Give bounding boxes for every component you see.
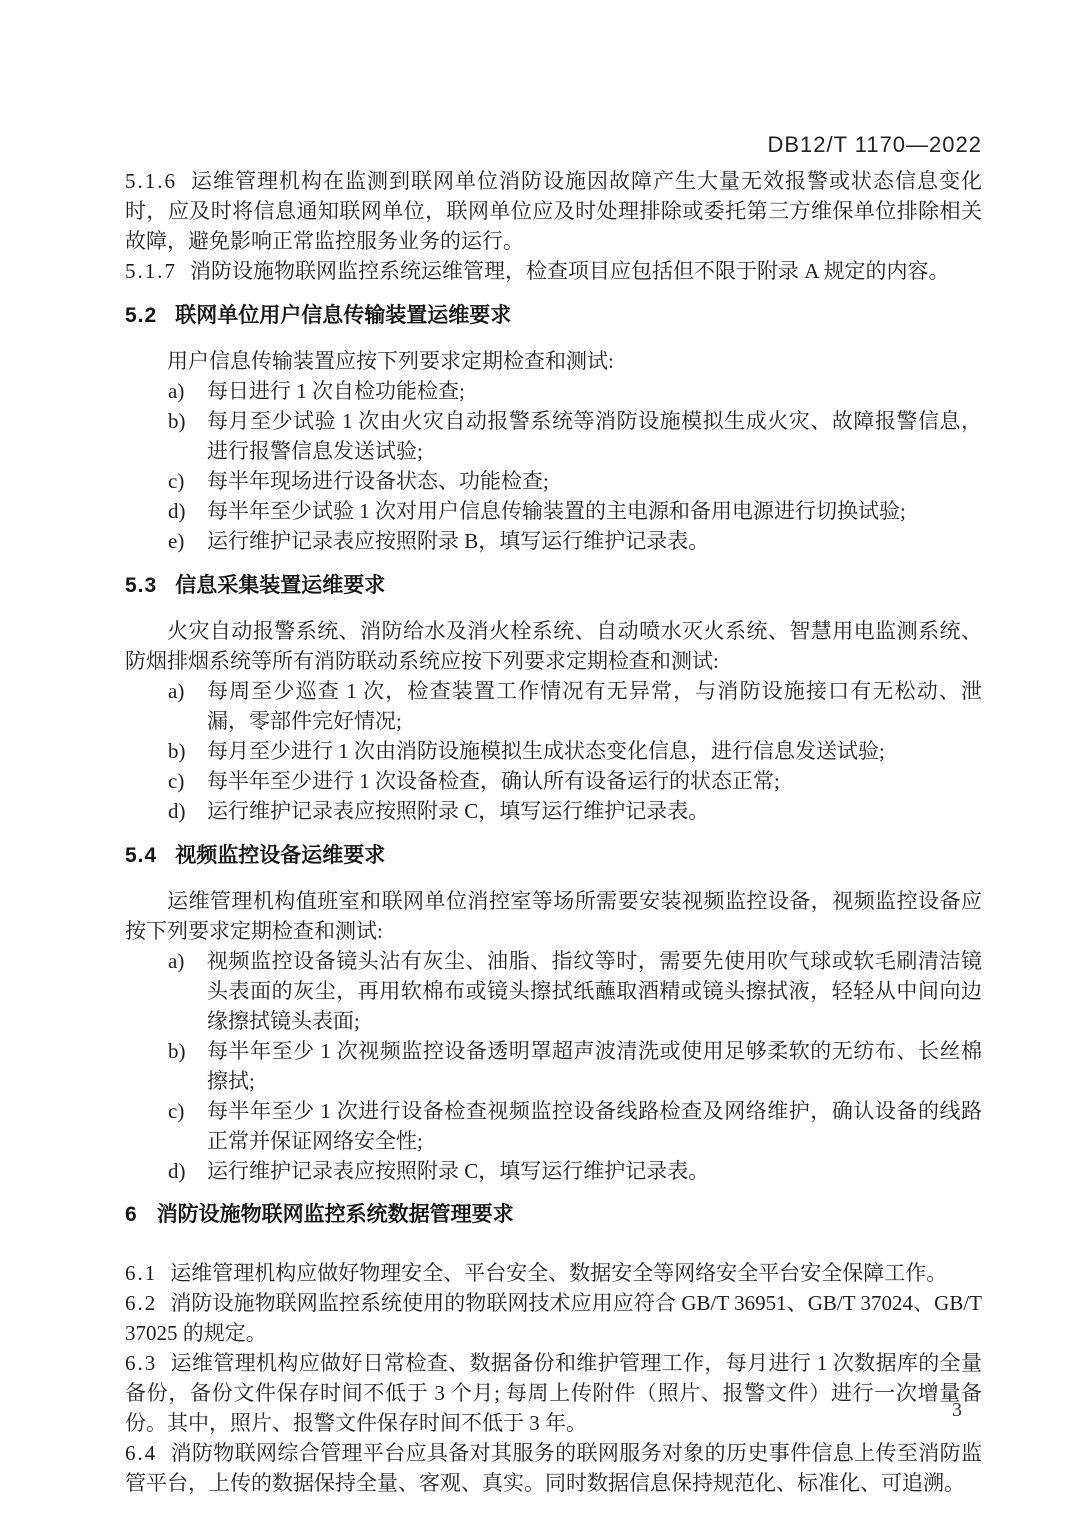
list-item: b)每月至少进行 1 次由消防设施模拟生成状态变化信息，进行信息发送试验;: [168, 736, 982, 766]
clause-text: 运维管理机构应做好日常检查、数据备份和维护管理工作，每月进行 1 次数据库的全量…: [125, 1351, 982, 1435]
section-number: 5.3: [125, 574, 157, 597]
section-intro: 运维管理机构值班室和联网单位消控室等场所需要安装视频监控设备，视频监控设备应按下…: [125, 886, 982, 946]
clause-6-3: 6.3运维管理机构应做好日常检查、数据备份和维护管理工作，每月进行 1 次数据库…: [125, 1348, 982, 1438]
clause-5-1-6: 5.1.6运维管理机构在监测到联网单位消防设施因故障产生大量无效报警或状态信息变…: [125, 166, 982, 256]
item-label: a): [168, 676, 207, 736]
lettered-list: a)视频监控设备镜头沾有灰尘、油脂、指纹等时，需要先使用吹气球或软毛刷清洁镜头表…: [125, 946, 982, 1186]
item-text: 每日进行 1 次自检功能检查;: [207, 376, 982, 406]
item-label: d): [168, 496, 207, 526]
clause-6-1: 6.1运维管理机构应做好物理安全、平台安全、数据安全等网络安全平台安全保障工作。: [125, 1258, 982, 1288]
item-text: 视频监控设备镜头沾有灰尘、油脂、指纹等时，需要先使用吹气球或软毛刷清洁镜头表面的…: [207, 946, 982, 1036]
clause-6-2: 6.2消防设施物联网监控系统使用的物联网技术应用应符合 GB/T 36951、G…: [125, 1288, 982, 1348]
clause-6-4: 6.4消防物联网综合管理平台应具备对其服务的联网服务对象的历史事件信息上传至消防…: [125, 1438, 982, 1498]
clause-text: 运维管理机构应做好物理安全、平台安全、数据安全等网络安全平台安全保障工作。: [170, 1261, 947, 1285]
item-label: b): [168, 1036, 207, 1096]
standard-code: DB12/T 1170—2022: [767, 132, 982, 157]
clause-number: 6.2: [125, 1291, 157, 1315]
clause-text: 消防设施物联网监控系统运维管理，检查项目应包括但不限于附录 A 规定的内容。: [190, 259, 950, 283]
list-item: e)运行维护记录表应按照附录 B，填写运行维护记录表。: [168, 526, 982, 556]
list-item: d)运行维护记录表应按照附录 C，填写运行维护记录表。: [168, 796, 982, 826]
clause-number: 6.3: [125, 1351, 157, 1375]
section-intro: 用户信息传输装置应按下列要求定期检查和测试:: [125, 346, 982, 376]
clause-number: 6.1: [125, 1261, 157, 1285]
item-text: 运行维护记录表应按照附录 B，填写运行维护记录表。: [207, 526, 982, 556]
item-label: e): [168, 526, 207, 556]
item-text: 运行维护记录表应按照附录 C，填写运行维护记录表。: [207, 1156, 982, 1186]
clause-text: 消防设施物联网监控系统使用的物联网技术应用应符合 GB/T 36951、GB/T…: [125, 1291, 982, 1345]
section-heading-5-4: 5.4视频监控设备运维要求: [125, 841, 982, 871]
clause-5-1-7: 5.1.7消防设施物联网监控系统运维管理，检查项目应包括但不限于附录 A 规定的…: [125, 256, 982, 286]
item-text: 每月至少进行 1 次由消防设施模拟生成状态变化信息，进行信息发送试验;: [207, 736, 982, 766]
section-number: 5.2: [125, 304, 157, 327]
list-item: c)每半年现场进行设备状态、功能检查;: [168, 466, 982, 496]
document-page: DB12/T 1170—2022 5.1.6运维管理机构在监测到联网单位消防设施…: [0, 0, 1080, 1528]
section-intro: 火灾自动报警系统、消防给水及消火栓系统、自动喷水灭火系统、智慧用电监测系统、防烟…: [125, 616, 982, 676]
clause-number: 5.1.6: [125, 169, 177, 193]
list-item: a)每日进行 1 次自检功能检查;: [168, 376, 982, 406]
list-item: a)视频监控设备镜头沾有灰尘、油脂、指纹等时，需要先使用吹气球或软毛刷清洁镜头表…: [168, 946, 982, 1036]
item-label: b): [168, 736, 207, 766]
item-label: a): [168, 946, 207, 1036]
item-text: 每周至少巡查 1 次，检查装置工作情况有无异常，与消防设施接口有无松动、泄漏，零…: [207, 676, 982, 736]
chapter-title: 消防设施物联网监控系统数据管理要求: [157, 1203, 514, 1226]
item-text: 每半年至少 1 次进行设备检查视频监控设备线路检查及网络维护，确认设备的线路正常…: [207, 1096, 982, 1156]
list-item: a)每周至少巡查 1 次，检查装置工作情况有无异常，与消防设施接口有无松动、泄漏…: [168, 676, 982, 736]
lettered-list: a)每日进行 1 次自检功能检查; b)每月至少试验 1 次由火灾自动报警系统等…: [125, 376, 982, 556]
list-item: b)每半年至少 1 次视频监控设备透明罩超声波清洗或使用足够柔软的无纺布、长丝棉…: [168, 1036, 982, 1096]
list-item: d)每半年至少试验 1 次对用户信息传输装置的主电源和备用电源进行切换试验;: [168, 496, 982, 526]
section-title: 信息采集装置运维要求: [175, 574, 385, 597]
list-item: c)每半年至少 1 次进行设备检查视频监控设备线路检查及网络维护，确认设备的线路…: [168, 1096, 982, 1156]
clause-text: 运维管理机构在监测到联网单位消防设施因故障产生大量无效报警或状态信息变化时，应及…: [125, 169, 982, 253]
clause-number: 5.1.7: [125, 259, 177, 283]
item-label: c): [168, 1096, 207, 1156]
section-heading-5-3: 5.3信息采集装置运维要求: [125, 571, 982, 601]
item-text: 每月至少试验 1 次由火灾自动报警系统等消防设施模拟生成火灾、故障报警信息，进行…: [207, 406, 982, 466]
page-number: 3: [952, 1398, 962, 1422]
item-text: 每半年至少试验 1 次对用户信息传输装置的主电源和备用电源进行切换试验;: [207, 496, 982, 526]
section-title: 视频监控设备运维要求: [175, 844, 385, 867]
chapter-heading-6: 6消防设施物联网监控系统数据管理要求: [125, 1200, 982, 1230]
clause-text: 消防物联网综合管理平台应具备对其服务的联网服务对象的历史事件信息上传至消防监管平…: [125, 1441, 982, 1495]
item-label: b): [168, 406, 207, 466]
item-label: c): [168, 466, 207, 496]
item-text: 每半年至少 1 次视频监控设备透明罩超声波清洗或使用足够柔软的无纺布、长丝棉擦拭…: [207, 1036, 982, 1096]
item-text: 每半年现场进行设备状态、功能检查;: [207, 466, 982, 496]
section-title: 联网单位用户信息传输装置运维要求: [175, 304, 511, 327]
chapter-number: 6: [125, 1203, 137, 1226]
list-item: d)运行维护记录表应按照附录 C，填写运行维护记录表。: [168, 1156, 982, 1186]
item-text: 运行维护记录表应按照附录 C，填写运行维护记录表。: [207, 796, 982, 826]
item-label: d): [168, 1156, 207, 1186]
running-head: DB12/T 1170—2022: [125, 133, 982, 157]
section-number: 5.4: [125, 844, 157, 867]
list-item: b)每月至少试验 1 次由火灾自动报警系统等消防设施模拟生成火灾、故障报警信息，…: [168, 406, 982, 466]
item-label: d): [168, 796, 207, 826]
item-text: 每半年至少进行 1 次设备检查，确认所有设备运行的状态正常;: [207, 766, 982, 796]
item-label: c): [168, 766, 207, 796]
item-label: a): [168, 376, 207, 406]
list-item: c)每半年至少进行 1 次设备检查，确认所有设备运行的状态正常;: [168, 766, 982, 796]
lettered-list: a)每周至少巡查 1 次，检查装置工作情况有无异常，与消防设施接口有无松动、泄漏…: [125, 676, 982, 826]
clause-number: 6.4: [125, 1441, 157, 1465]
section-heading-5-2: 5.2联网单位用户信息传输装置运维要求: [125, 301, 982, 331]
